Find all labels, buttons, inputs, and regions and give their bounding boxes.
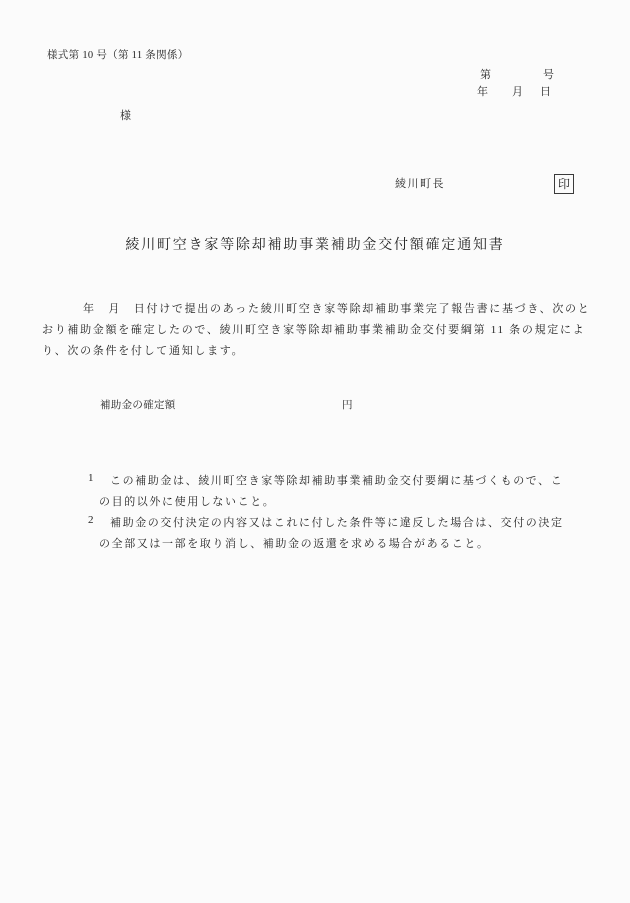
body-paragraph-line-3: り、次の条件を付して通知します。 [42, 342, 244, 358]
date-day-label: 日 [540, 83, 551, 99]
notice-document: 様式第 10 号（第 11 条関係） 第 号 年 月 日 様 綾川町長 印 綾川… [0, 0, 630, 903]
condition-1-line-2: の目的以外に使用しないこと。 [99, 493, 275, 509]
amount-label: 補助金の確定額 [100, 397, 176, 412]
doc-number-suffix: 号 [543, 66, 554, 82]
date-year-label: 年 [477, 83, 488, 99]
body-paragraph-line-1: 年 月 日付けで提出のあった綾川町空き家等除却補助事業完了報告書に基づき、次のと [83, 300, 590, 316]
condition-1-line-1: この補助金は、綾川町空き家等除却補助事業補助金交付要綱に基づくもので、こ [110, 472, 563, 488]
sender-title: 綾川町長 [395, 175, 445, 191]
amount-unit: 円 [342, 397, 353, 412]
addressee-honorific: 様 [120, 107, 131, 123]
doc-number-prefix: 第 [480, 66, 491, 82]
condition-1-number: 1 [88, 472, 95, 484]
condition-2-line-1: 補助金の交付決定の内容又はこれに付した条件等に違反した場合は、交付の決定 [110, 514, 564, 530]
body-paragraph-line-2: おり補助金額を確定したので、綾川町空き家等除却補助事業補助金交付要綱第 11 条… [42, 321, 585, 337]
form-number-label: 様式第 10 号（第 11 条関係） [47, 47, 189, 62]
document-title: 綾川町空き家等除却補助事業補助金交付額確定通知書 [0, 234, 630, 254]
seal-stamp-box: 印 [554, 174, 574, 194]
date-month-label: 月 [512, 83, 523, 99]
condition-2-line-2: の全部又は一部を取り消し、補助金の返還を求める場合があること。 [99, 535, 490, 551]
condition-2-number: 2 [88, 514, 95, 526]
